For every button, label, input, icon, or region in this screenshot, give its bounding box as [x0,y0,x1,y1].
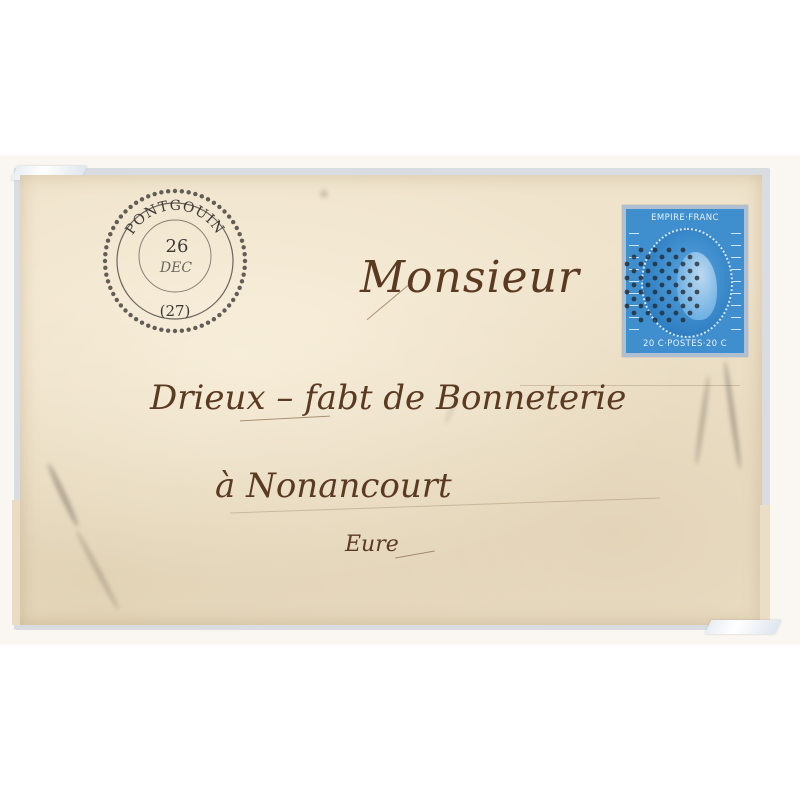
svg-text:PONTGOUIN: PONTGOUIN [122,198,227,238]
address-salutation: Monsieur [360,252,580,303]
postmark-month: DEC [159,260,192,276]
stamp-bottom-text: 20 C·POSTES·20 C [626,337,744,351]
postmark-department: (27) [160,302,191,320]
ink-smudge [722,360,742,470]
ink-smudge [694,375,711,465]
ruled-guide-line [520,385,740,386]
stamp-top-text: EMPIRE·FRANC [626,211,744,225]
postmark: PONTGOUIN 26 DEC (27) [100,186,250,336]
envelope-fold-right [760,505,770,625]
postmark-town: PONTGOUIN [122,198,227,238]
stamp-design: EMPIRE·FRANC 20 C·POSTES·20 C [626,209,744,353]
postmark-day: 26 [166,236,189,257]
mount-corner-bottom-right [705,620,782,634]
address-town: à Nonancourt [215,466,452,506]
postmark-svg: PONTGOUIN 26 DEC (27) [100,186,250,336]
stamp-border-left [629,227,639,335]
ink-smudge [45,462,80,528]
stamp-medallion [641,228,733,338]
address-recipient: Drieux – fabt de Bonneterie [150,378,626,418]
portrait-head-icon [677,252,717,320]
ink-smudge [320,190,328,198]
ink-smudge [74,529,121,611]
postage-stamp: EMPIRE·FRANC 20 C·POSTES·20 C [622,205,748,357]
address-department: Eure [345,532,399,557]
